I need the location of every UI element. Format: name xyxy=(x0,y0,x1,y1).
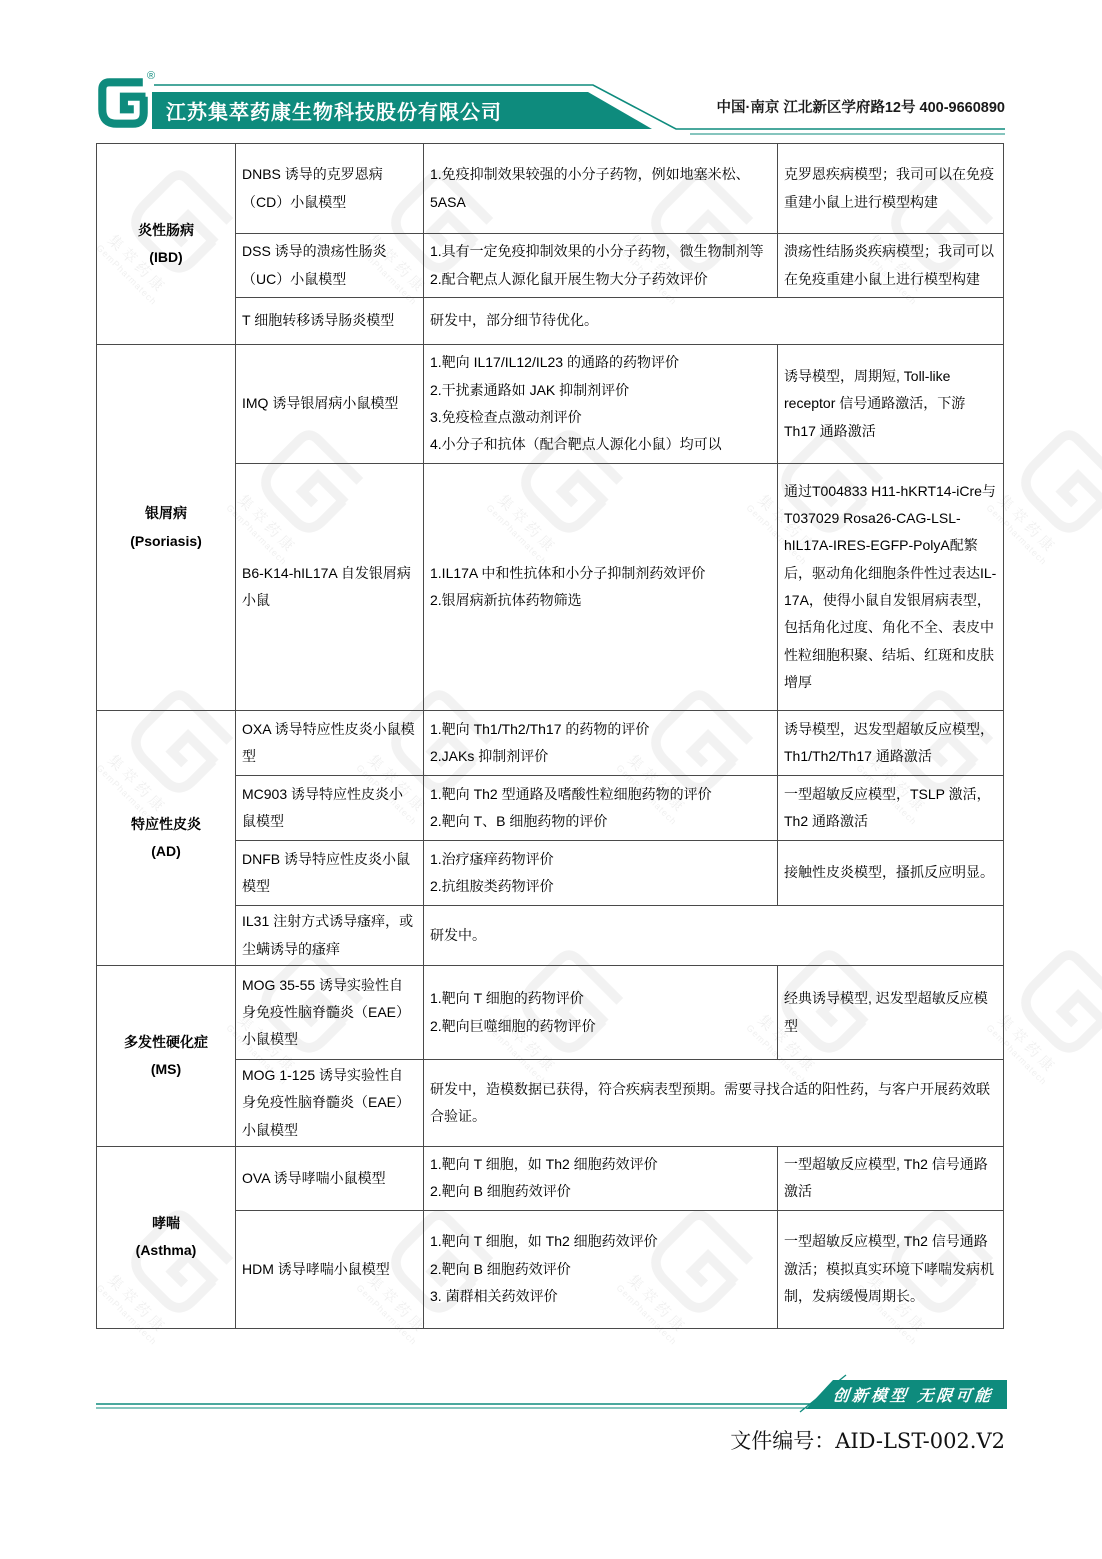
document-number-label: 文件编号： xyxy=(730,1429,835,1453)
note-cell: 一型超敏反应模型，TSLP 激活，Th2 通路激活 xyxy=(778,776,1004,841)
disease-abbr: (Asthma) xyxy=(103,1237,229,1264)
model-cell: MC903 诱导特应性皮炎小鼠模型 xyxy=(236,776,424,841)
note-cell: 通过T004833 H11-hKRT14-iCre与T037029 Rosa26… xyxy=(778,464,1004,711)
evaluation-cell: 1.靶向 Th1/Th2/Th17 的药物的评价 2.JAKs 抑制剂评价 xyxy=(424,711,778,776)
disease-cell-psoriasis: 银屑病 (Psoriasis) xyxy=(97,345,236,711)
table-row: 特应性皮炎 (AD) OXA 诱导特应性皮炎小鼠模型 1.靶向 Th1/Th2/… xyxy=(97,711,1004,776)
model-cell: MOG 35-55 诱导实验性自身免疫性脑脊髓炎（EAE）小鼠模型 xyxy=(236,966,424,1060)
note-cell: 克罗恩疾病模型；我司可以在免疫重建小鼠上进行模型构建 xyxy=(778,144,1004,234)
model-cell: MOG 1-125 诱导实验性自身免疫性脑脊髓炎（EAE）小鼠模型 xyxy=(236,1060,424,1147)
footer-slogan-banner: 创新模型 无限可能 xyxy=(806,1380,1007,1409)
model-cell: DNFB 诱导特应性皮炎小鼠模型 xyxy=(236,841,424,906)
company-name-banner: 江苏集萃药康生物科技股份有限公司 xyxy=(152,92,652,129)
disease-model-table: 炎性肠病 (IBD) DNBS 诱导的克罗恩病（CD）小鼠模型 1.免疫抑制效果… xyxy=(96,143,1004,1329)
evaluation-span-cell: 研发中，部分细节待优化。 xyxy=(424,298,1004,345)
registered-trademark-icon: ® xyxy=(147,70,155,82)
evaluation-cell: 1.靶向 IL17/IL12/IL23 的通路的药物评价 2.干扰素通路如 JA… xyxy=(424,345,778,464)
model-cell: HDM 诱导哮喘小鼠模型 xyxy=(236,1210,424,1328)
evaluation-cell: 1.靶向 T 细胞，如 Th2 细胞药效评价 2.靶向 B 细胞药效评价 3. … xyxy=(424,1210,778,1328)
disease-cell-ibd: 炎性肠病 (IBD) xyxy=(97,144,236,345)
evaluation-span-cell: 研发中。 xyxy=(424,906,1004,966)
table-row: 哮喘 (Asthma) OVA 诱导哮喘小鼠模型 1.靶向 T 细胞，如 Th2… xyxy=(97,1146,1004,1210)
evaluation-cell: 1.治疗瘙痒药物评价 2.抗组胺类药物评价 xyxy=(424,841,778,906)
disease-abbr: (AD) xyxy=(103,838,229,865)
disease-name: 哮喘 xyxy=(103,1210,229,1237)
model-cell: OXA 诱导特应性皮炎小鼠模型 xyxy=(236,711,424,776)
header-contact-info: 中国·南京 江北新区学府路12号 400-9660890 xyxy=(600,96,1005,117)
evaluation-span-cell: 研发中，造模数据已获得，符合疾病表型预期。需要寻找合适的阳性药，与客户开展药效联… xyxy=(424,1060,1004,1147)
document-number: 文件编号：AID-LST-002.V2 xyxy=(600,1425,1005,1455)
model-cell: OVA 诱导哮喘小鼠模型 xyxy=(236,1146,424,1210)
evaluation-cell: 1.IL17A 中和性抗体和小分子抑制剂药效评价 2.银屑病新抗体药物筛选 xyxy=(424,464,778,711)
note-cell: 一型超敏反应模型, Th2 信号通路激活 xyxy=(778,1146,1004,1210)
disease-abbr: (MS) xyxy=(103,1056,229,1083)
disease-name: 炎性肠病 xyxy=(103,217,229,244)
disease-abbr: (IBD) xyxy=(103,244,229,271)
evaluation-cell: 1.具有一定免疫抑制效果的小分子药物，微生物制剂等 2.配合靶点人源化鼠开展生物… xyxy=(424,234,778,298)
table-row: 多发性硬化症 (MS) MOG 35-55 诱导实验性自身免疫性脑脊髓炎（EAE… xyxy=(97,966,1004,1060)
disease-abbr: (Psoriasis) xyxy=(103,528,229,555)
note-cell: 一型超敏反应模型, Th2 信号通路激活；模拟真实环境下哮喘发病机制，发病缓慢周… xyxy=(778,1210,1004,1328)
note-cell: 接触性皮炎模型，搔抓反应明显。 xyxy=(778,841,1004,906)
table-row: 银屑病 (Psoriasis) IMQ 诱导银屑病小鼠模型 1.靶向 IL17/… xyxy=(97,345,1004,464)
evaluation-cell: 1.靶向 Th2 型通路及嗜酸性粒细胞药物的评价 2.靶向 T、B 细胞药物的评… xyxy=(424,776,778,841)
company-name: 江苏集萃药康生物科技股份有限公司 xyxy=(152,96,502,125)
evaluation-cell: 1.免疫抑制效果较强的小分子药物，例如地塞米松、5ASA xyxy=(424,144,778,234)
company-logo-icon xyxy=(96,75,150,131)
disease-name: 特应性皮炎 xyxy=(103,811,229,838)
disease-cell-ms: 多发性硬化症 (MS) xyxy=(97,966,236,1147)
footer-slogan: 创新模型 无限可能 xyxy=(818,1383,995,1406)
model-cell: DNBS 诱导的克罗恩病（CD）小鼠模型 xyxy=(236,144,424,234)
note-cell: 诱导模型，迟发型超敏反应模型，Th1/Th2/Th17 通路激活 xyxy=(778,711,1004,776)
disease-name: 多发性硬化症 xyxy=(103,1029,229,1056)
disease-cell-asthma: 哮喘 (Asthma) xyxy=(97,1146,236,1328)
disease-name: 银屑病 xyxy=(103,500,229,527)
table-row: 炎性肠病 (IBD) DNBS 诱导的克罗恩病（CD）小鼠模型 1.免疫抑制效果… xyxy=(97,144,1004,234)
evaluation-cell: 1.靶向 T 细胞，如 Th2 细胞药效评价 2.靶向 B 细胞药效评价 xyxy=(424,1146,778,1210)
model-cell: IMQ 诱导银屑病小鼠模型 xyxy=(236,345,424,464)
note-cell: 溃疡性结肠炎疾病模型；我司可以在免疫重建小鼠上进行模型构建 xyxy=(778,234,1004,298)
model-cell: DSS 诱导的溃疡性肠炎（UC）小鼠模型 xyxy=(236,234,424,298)
document-number-value: AID-LST-002.V2 xyxy=(835,1429,1005,1453)
model-cell: T 细胞转移诱导肠炎模型 xyxy=(236,298,424,345)
model-cell: IL31 注射方式诱导瘙痒，或尘螨诱导的瘙痒 xyxy=(236,906,424,966)
note-cell: 经典诱导模型, 迟发型超敏反应模型 xyxy=(778,966,1004,1060)
disease-cell-ad: 特应性皮炎 (AD) xyxy=(97,711,236,966)
note-cell: 诱导模型，周期短, Toll-like receptor 信号通路激活，下游 T… xyxy=(778,345,1004,464)
model-cell: B6-K14-hIL17A 自发银屑病小鼠 xyxy=(236,464,424,711)
evaluation-cell: 1.靶向 T 细胞的药物评价 2.靶向巨噬细胞的药物评价 xyxy=(424,966,778,1060)
